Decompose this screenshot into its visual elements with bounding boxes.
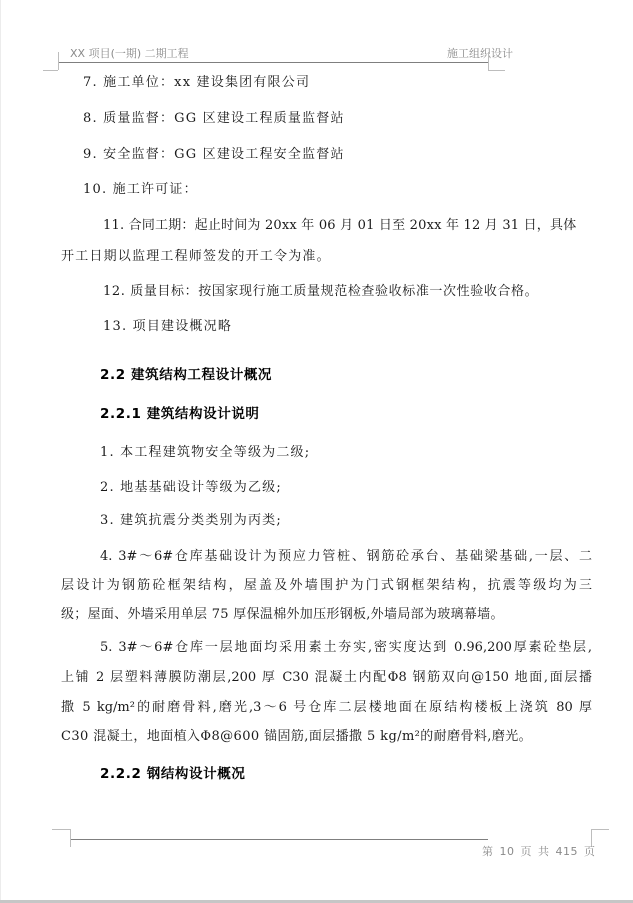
document-page: XX 项目(一期) 二期工程 施工组织设计 7. 施工单位：xx 建设集团有限公… <box>0 0 633 900</box>
section-heading-2-2-2: 2.2.2 钢结构设计概况 <box>100 762 245 782</box>
list-item: 7. 施工单位：xx 建设集团有限公司 <box>83 71 310 90</box>
design-item: 2. 地基基础设计等级为乙级; <box>100 476 282 495</box>
item-number: 8. <box>83 111 98 126</box>
paragraph-5-line-2: 上铺 2 层塑料薄膜防潮层,200 厚 C30 混凝土内配Φ8 钢筋双向@150… <box>61 666 592 685</box>
item-text: 地基基础设计等级为乙级; <box>120 480 282 495</box>
item-text: 项目建设概况略 <box>133 319 232 334</box>
design-item: 3. 建筑抗震分类类别为丙类; <box>100 509 282 528</box>
item-number: 2. <box>100 480 115 495</box>
crop-mark-top-right-h <box>488 70 505 71</box>
crop-mark-bottom-left-h <box>52 829 70 830</box>
item-number: 11. <box>103 218 124 233</box>
crop-mark-bottom-left <box>70 829 71 847</box>
item-text: 质量目标：按国家现行施工质量规范检查验收标准一次性验收合格。 <box>130 284 538 299</box>
paragraph-4-line-3: 级；屋面、外墙采用单层 75 厚保温棉外加压形钢板,外墙局部为玻璃幕墙。 <box>61 603 504 622</box>
item-number: 10. <box>83 182 107 197</box>
item-number: 3. <box>100 513 115 528</box>
item-number: 12. <box>103 284 125 299</box>
item-text: 安全监督：GG 区建设工程安全监督站 <box>103 147 345 162</box>
item-text: 施工单位：xx 建设集团有限公司 <box>103 75 310 90</box>
list-item: 13. 项目建设概况略 <box>103 315 232 334</box>
list-item: 8. 质量监督：GG 区建设工程质量监督站 <box>83 107 345 126</box>
item-number: 9. <box>83 147 98 162</box>
paragraph-4-line-2: 层设计为钢筋砼框架结构，屋盖及外墙围护为门式钢框架结构，抗震等级均为三 <box>61 574 592 593</box>
item-number: 13. <box>103 319 127 334</box>
item-text: 质量监督：GG 区建设工程质量监督站 <box>103 111 345 126</box>
header-rule <box>58 62 489 63</box>
list-item: 12. 质量目标：按国家现行施工质量规范检查验收标准一次性验收合格。 <box>103 280 538 299</box>
list-item: 11. 合同工期：起止时间为 20xx 年 06 月 01 日至 20xx 年 … <box>103 214 576 233</box>
item-number: 7. <box>83 75 98 90</box>
paragraph-5-line-3: 撒 5 kg/m²的耐磨骨料,磨光,3～6 号仓库二层楼地面在原结构楼板上浇筑 … <box>61 696 592 715</box>
crop-mark-bottom-right-h <box>591 829 609 830</box>
list-item-continuation: 开工日期以监理工程师签发的开工令为准。 <box>61 245 331 264</box>
item-number: 1. <box>100 445 115 460</box>
paragraph-4-line-1: 4. 3#～6#仓库基础设计为预应力管桩、钢筋砼承台、基础梁基础,一层、二 <box>100 545 592 564</box>
list-item: 10. 施工许可证： <box>83 178 198 197</box>
section-heading-2-2-1: 2.2.1 建筑结构设计说明 <box>100 402 260 422</box>
page-number-label: 第 10 页 共 415 页 <box>482 843 595 859</box>
item-text: 建筑抗震分类类别为丙类; <box>120 513 282 528</box>
list-item: 9. 安全监督：GG 区建设工程安全监督站 <box>83 143 345 162</box>
footer-rule <box>70 839 488 840</box>
crop-mark-top-right <box>488 52 489 70</box>
section-heading-2-2: 2.2 建筑结构工程设计概况 <box>100 363 272 383</box>
paragraph-5-line-4: C30 混凝土，地面植入Φ8@600 锚固筋,面层播撒 5 kg/m²的耐磨骨料… <box>61 725 532 744</box>
item-text: 合同工期：起止时间为 20xx 年 06 月 01 日至 20xx 年 12 月… <box>129 218 577 233</box>
item-text: 施工许可证： <box>113 182 198 197</box>
crop-mark-top-left <box>58 52 59 70</box>
header-project-name: XX 项目(一期) 二期工程 <box>70 45 189 61</box>
item-text: 本工程建筑物安全等级为二级; <box>120 445 310 460</box>
paragraph-5-line-1: 5. 3#～6#仓库一层地面均采用素土夯实,密实度达到 0.96,200厚素砼垫… <box>100 636 592 655</box>
crop-mark-top-left-h <box>43 70 58 71</box>
header-document-title: 施工组织设计 <box>447 45 513 61</box>
design-item: 1. 本工程建筑物安全等级为二级; <box>100 441 310 460</box>
